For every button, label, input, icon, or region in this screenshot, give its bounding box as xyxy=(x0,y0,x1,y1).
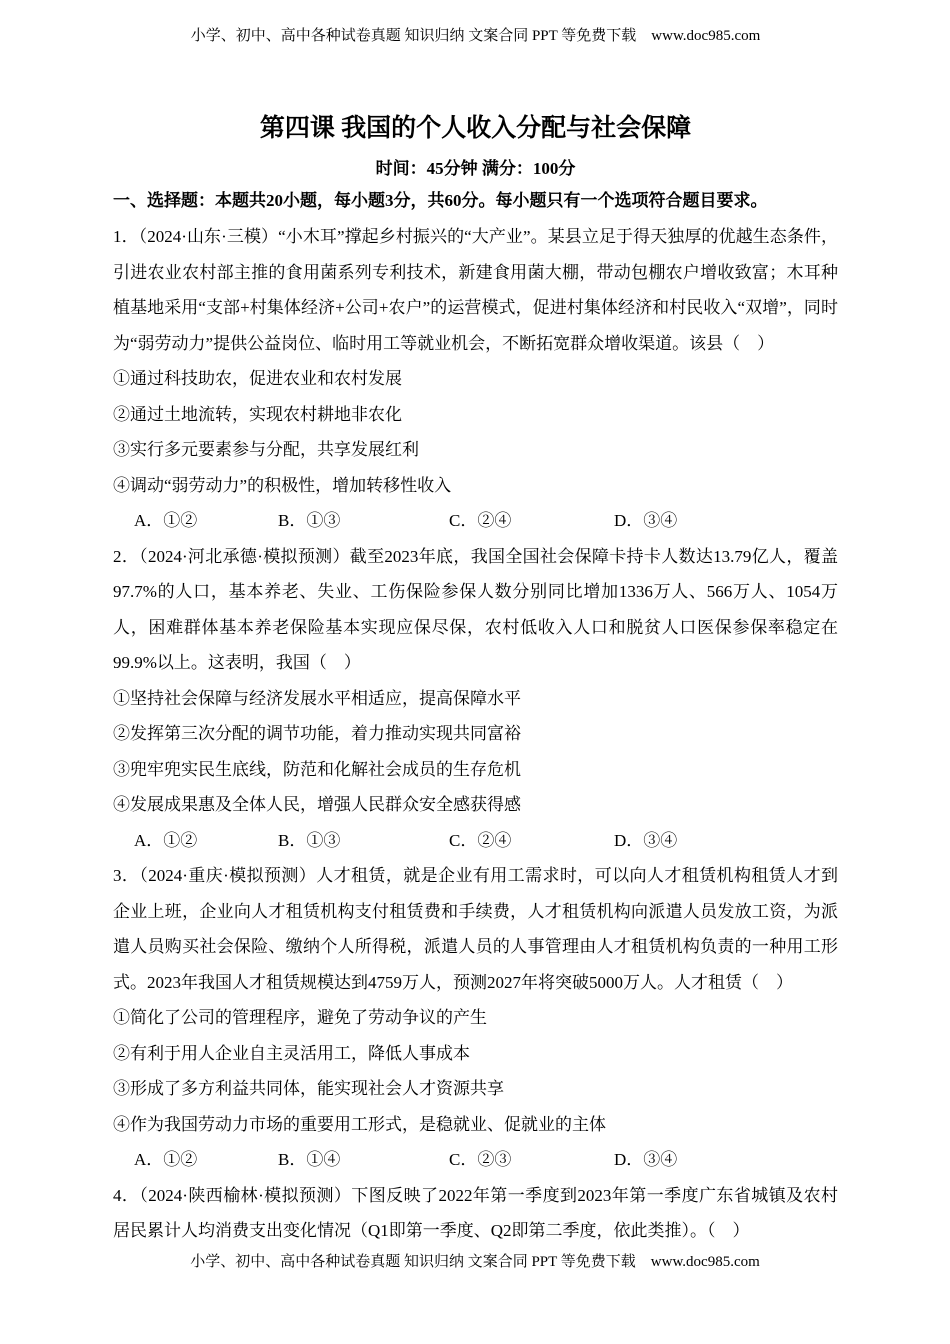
section-heading: 一、选择题：本题共20小题，每小题3分，共60分。每小题只有一个选项符合题目要求… xyxy=(113,183,838,219)
question-stem: 2．（2024·河北承德·模拟预测）截至2023年底，我国全国社会保障卡持卡人数… xyxy=(113,539,838,681)
watermark-footer: 小学、初中、高中各种试卷真题 知识归纳 文案合同 PPT 等免费下载 www.d… xyxy=(0,1252,950,1272)
option-item-1: ①坚持社会保障与经济发展水平相适应，提高保障水平 xyxy=(113,681,838,717)
option-item-2: ②发挥第三次分配的调节功能，着力推动实现共同富裕 xyxy=(113,716,838,752)
choice-b: B．①③ xyxy=(278,503,449,539)
choices-row: A．①② B．①③ C．②④ D．③④ xyxy=(113,503,838,539)
question-block-1: 1．（2024·山东·三模）“小木耳”撑起乡村振兴的“大产业”。某县立足于得天独… xyxy=(113,219,838,539)
option-item-1: ①简化了公司的管理程序，避免了劳动争议的产生 xyxy=(113,1000,838,1036)
choice-d: D．③④ xyxy=(614,823,677,859)
option-item-4: ④调动“弱劳动力”的积极性，增加转移性收入 xyxy=(113,468,838,504)
option-item-4: ④作为我国劳动力市场的重要用工形式，是稳就业、促就业的主体 xyxy=(113,1107,838,1143)
option-item-4: ④发展成果惠及全体人民，增强人民群众安全感获得感 xyxy=(113,787,838,823)
question-stem: 3．（2024·重庆·模拟预测）人才租赁，就是企业有用工需求时，可以向人才租赁机… xyxy=(113,858,838,1000)
page-title: 第四课 我国的个人收入分配与社会保障 xyxy=(113,114,838,144)
choice-c: C．②④ xyxy=(449,503,614,539)
choices-row: A．①② B．①④ C．②③ D．③④ xyxy=(113,1142,838,1178)
choice-a: A．①② xyxy=(134,1142,278,1178)
question-block-4: 4．（2024·陕西榆林·模拟预测）下图反映了2022年第一季度到2023年第一… xyxy=(113,1178,838,1249)
exam-meta: 时间：45分钟 满分：100分 xyxy=(113,158,838,180)
choice-d: D．③④ xyxy=(614,503,677,539)
document-page: 小学、初中、高中各种试卷真题 知识归纳 文案合同 PPT 等免费下载 www.d… xyxy=(0,0,950,1249)
choice-a: A．①② xyxy=(134,503,278,539)
option-item-3: ③形成了多方利益共同体，能实现社会人才资源共享 xyxy=(113,1071,838,1107)
question-stem: 4．（2024·陕西榆林·模拟预测）下图反映了2022年第一季度到2023年第一… xyxy=(113,1178,838,1249)
choice-b: B．①③ xyxy=(278,823,449,859)
choice-c: C．②④ xyxy=(449,823,614,859)
option-item-3: ③实行多元要素参与分配，共享发展红利 xyxy=(113,432,838,468)
question-block-3: 3．（2024·重庆·模拟预测）人才租赁，就是企业有用工需求时，可以向人才租赁机… xyxy=(113,858,838,1178)
choice-c: C．②③ xyxy=(449,1142,614,1178)
choice-b: B．①④ xyxy=(278,1142,449,1178)
option-item-2: ②有利于用人企业自主灵活用工，降低人事成本 xyxy=(113,1036,838,1072)
choice-d: D．③④ xyxy=(614,1142,677,1178)
option-item-1: ①通过科技助农，促进农业和农村发展 xyxy=(113,361,838,397)
question-stem: 1．（2024·山东·三模）“小木耳”撑起乡村振兴的“大产业”。某县立足于得天独… xyxy=(113,219,838,361)
question-block-2: 2．（2024·河北承德·模拟预测）截至2023年底，我国全国社会保障卡持卡人数… xyxy=(113,539,838,859)
choice-a: A．①② xyxy=(134,823,278,859)
choices-row: A．①② B．①③ C．②④ D．③④ xyxy=(113,823,838,859)
watermark-header: 小学、初中、高中各种试卷真题 知识归纳 文案合同 PPT 等免费下载 www.d… xyxy=(113,26,838,46)
option-item-2: ②通过土地流转，实现农村耕地非农化 xyxy=(113,397,838,433)
option-item-3: ③兜牢兜实民生底线，防范和化解社会成员的生存危机 xyxy=(113,752,838,788)
